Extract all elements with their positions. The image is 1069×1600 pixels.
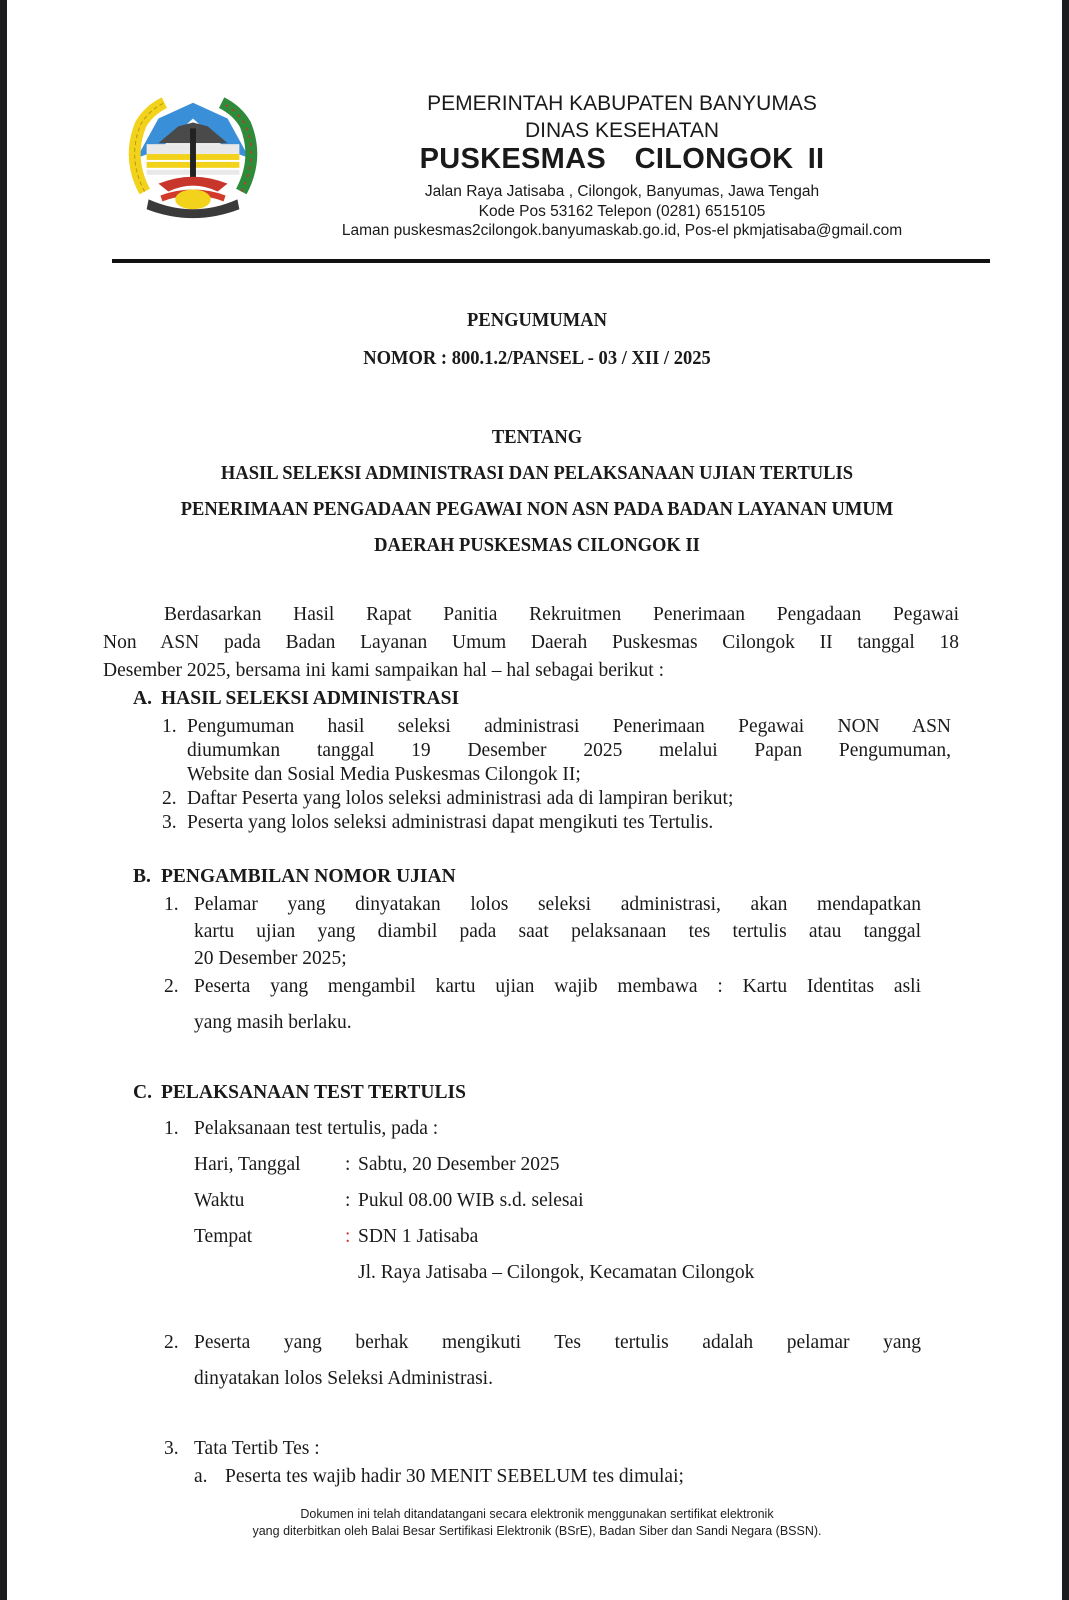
- e-signature-note: yang diterbitkan oleh Balai Besar Sertif…: [107, 1524, 967, 1538]
- section-a-label: A.: [133, 688, 161, 710]
- detail-label-time: Waktu: [194, 1190, 244, 1212]
- detail-value-time: Pukul 08.00 WIB s.d. selesai: [358, 1190, 584, 1212]
- section-b-item-line: 20 Desember 2025;: [194, 948, 347, 970]
- announcement-subject-line: DAERAH PUSKESMAS CILONGOK II: [129, 535, 946, 557]
- section-a-item-line: Pengumuman hasil seleksi administrasi Pe…: [187, 716, 951, 738]
- intro-line: Berdasarkan Hasil Rapat Panitia Rekruitm…: [164, 604, 959, 626]
- announcement-title: PENGUMUMAN: [129, 310, 946, 332]
- section-c-item-number: 2.: [164, 1332, 179, 1354]
- letterhead-department: DINAS KESEHATAN: [277, 119, 967, 143]
- letterhead-government: PEMERINTAH KABUPATEN BANYUMAS: [277, 92, 967, 116]
- rule-item-text: Peserta tes wajib hadir 30 MENIT SEBELUM…: [225, 1466, 684, 1488]
- section-b-item-line: Pelamar yang dinyatakan lolos seleksi ad…: [194, 894, 921, 916]
- intro-line: Desember 2025, bersama ini kami sampaika…: [103, 660, 664, 682]
- announcement-subject-line: PENERIMAAN PENGADAAN PEGAWAI NON ASN PAD…: [129, 499, 946, 521]
- section-c-item-number: 3.: [164, 1438, 179, 1460]
- section-b-item-line: Peserta yang mengambil kartu ujian wajib…: [194, 976, 921, 998]
- announcement-about: TENTANG: [129, 427, 946, 449]
- letterhead-website-email: Laman puskesmas2cilongok.banyumaskab.go.…: [277, 222, 967, 240]
- section-c-item-line: dinyatakan lolos Seleksi Administrasi.: [194, 1368, 493, 1390]
- announcement-number: NOMOR : 800.1.2/PANSEL - 03 / XII / 2025: [129, 348, 946, 370]
- section-a-item-line: Website dan Sosial Media Puskesmas Cilon…: [187, 764, 581, 786]
- detail-value-address: Jl. Raya Jatisaba – Cilongok, Kecamatan …: [358, 1262, 754, 1284]
- detail-value-place: SDN 1 Jatisaba: [358, 1226, 478, 1248]
- section-b-title: PENGAMBILAN NOMOR UJIAN: [161, 866, 456, 887]
- section-a-item-line: Daftar Peserta yang lolos seleksi admini…: [187, 788, 733, 810]
- document-page: PEMERINTAH KABUPATEN BANYUMAS DINAS KESE…: [7, 0, 1062, 1600]
- section-c-heading: C.PELAKSANAAN TEST TERTULIS: [133, 1082, 466, 1104]
- intro-line: Non ASN pada Badan Layanan Umum Daerah P…: [103, 632, 959, 654]
- section-c-item-text: Tata Tertib Tes :: [194, 1438, 320, 1460]
- section-a-title: HASIL SELEKSI ADMINISTRASI: [161, 688, 459, 709]
- e-signature-note: Dokumen ini telah ditandatangani secara …: [107, 1507, 967, 1521]
- detail-separator: :: [345, 1226, 350, 1248]
- section-a-item-number: 2.: [162, 788, 177, 810]
- section-a-heading: A.HASIL SELEKSI ADMINISTRASI: [133, 688, 459, 710]
- section-b-item-line: kartu ujian yang diambil pada saat pelak…: [194, 921, 921, 943]
- section-c-title: PELAKSANAAN TEST TERTULIS: [161, 1082, 466, 1103]
- section-b-item-number: 2.: [164, 976, 179, 998]
- detail-label-date: Hari, Tanggal: [194, 1154, 301, 1176]
- letterhead-divider: [112, 259, 990, 263]
- section-a-item-line: diumumkan tanggal 19 Desember 2025 melal…: [187, 740, 951, 762]
- section-b-label: B.: [133, 866, 161, 888]
- detail-value-date: Sabtu, 20 Desember 2025: [358, 1154, 559, 1176]
- section-a-item-number: 1.: [162, 716, 177, 738]
- section-c-label: C.: [133, 1082, 161, 1104]
- section-b-item-line: yang masih berlaku.: [194, 1012, 352, 1034]
- section-a-item-number: 3.: [162, 812, 177, 834]
- letterhead-address: Jalan Raya Jatisaba , Cilongok, Banyumas…: [277, 183, 967, 201]
- section-b-item-number: 1.: [164, 894, 179, 916]
- section-a-item-line: Peserta yang lolos seleksi administrasi …: [187, 812, 713, 834]
- rule-item-letter: a.: [194, 1466, 208, 1488]
- announcement-subject-line: HASIL SELEKSI ADMINISTRASI DAN PELAKSANA…: [129, 463, 946, 485]
- detail-separator: :: [345, 1154, 350, 1176]
- section-b-heading: B.PENGAMBILAN NOMOR UJIAN: [133, 866, 456, 888]
- letterhead-institution: PUSKESMAS CILONGOK II: [277, 143, 967, 176]
- detail-separator: :: [345, 1190, 350, 1212]
- banyumas-regency-emblem-icon: [119, 88, 267, 224]
- section-c-item-number: 1.: [164, 1118, 179, 1140]
- section-c-item-line: Peserta yang berhak mengikuti Tes tertul…: [194, 1332, 921, 1354]
- section-c-item-text: Pelaksanaan test tertulis, pada :: [194, 1118, 438, 1140]
- detail-label-place: Tempat: [194, 1226, 252, 1248]
- letterhead-postal-phone: Kode Pos 53162 Telepon (0281) 6515105: [277, 203, 967, 221]
